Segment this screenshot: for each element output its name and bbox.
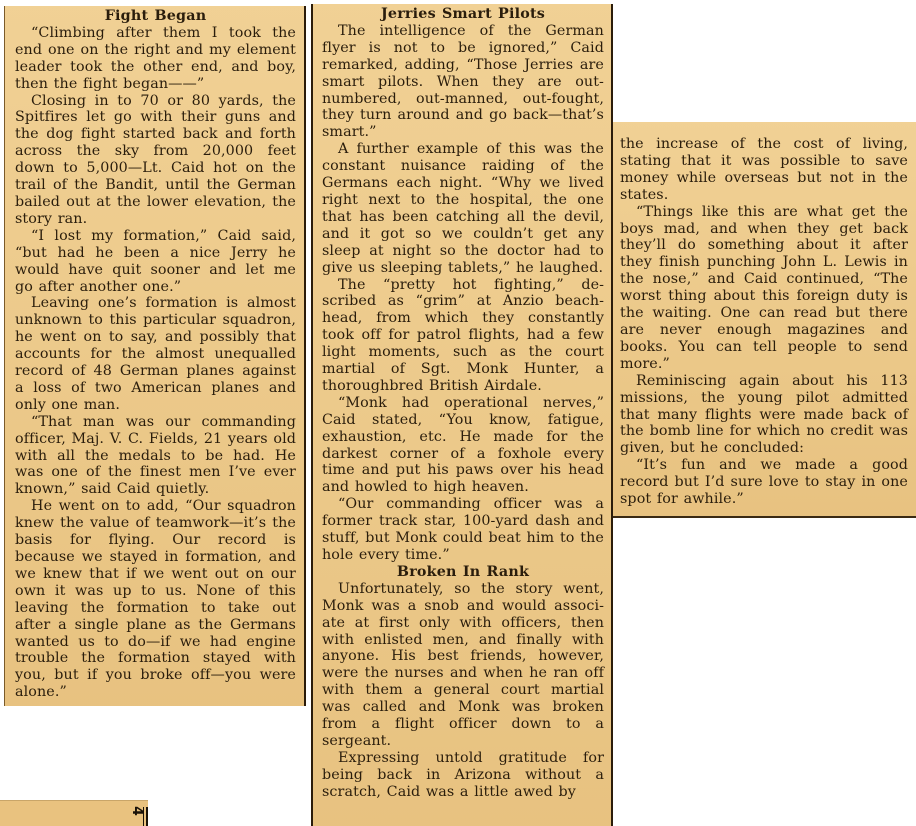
paragraph: Closing in to 70 or 80 yards, the Spitfi… [15, 93, 296, 228]
paragraph: The intelligence of the German flyer is … [322, 23, 604, 141]
paragraph: “I lost my formation,” Caid said, “but h… [15, 228, 296, 296]
paragraph: Leaving one’s formation is almost unknow… [15, 295, 296, 413]
section-subheading: Broken In Rank [322, 564, 604, 581]
paragraph: Reminiscing again about his 113 missions… [620, 373, 908, 458]
paragraph: “Monk had operational nerves,” Caid stat… [322, 395, 604, 496]
clipping-column-continuation: the increase of the cost of living, stat… [613, 122, 916, 518]
paragraph: The “pretty hot fighting,” de­scribed as… [322, 277, 604, 395]
clipping-column-jerries-smart-pilots: Jerries Smart Pilots The intelligence of… [311, 4, 613, 826]
clipping-column-fight-began: Fight Began “Climbing after them I took … [4, 6, 306, 706]
paragraph: “Our commanding officer was a former tra… [322, 496, 604, 564]
paragraph: A further example of this was the consta… [322, 141, 604, 276]
paragraph: He went on to add, “Our squad­ron knew t… [15, 498, 296, 701]
paragraph: Unfortunately, so the story went, Monk w… [322, 581, 604, 750]
section-heading: Fight Began [15, 8, 296, 25]
paragraph: Expressing untold gratitude for being ba… [322, 750, 604, 801]
paragraph: “That man was our commanding officer, Ma… [15, 414, 296, 499]
column-rule [143, 807, 144, 826]
column-rule [146, 807, 148, 826]
clipping-scrap-fragment: 4 [0, 800, 148, 826]
paragraph: “It’s fun and we made a good record but … [620, 457, 908, 508]
paragraph: “Climbing after them I took the end one … [15, 25, 296, 93]
section-heading: Jerries Smart Pilots [322, 6, 604, 23]
paragraph: the increase of the cost of living, stat… [620, 136, 908, 204]
paragraph: “Things like this are what get the boys … [620, 204, 908, 373]
